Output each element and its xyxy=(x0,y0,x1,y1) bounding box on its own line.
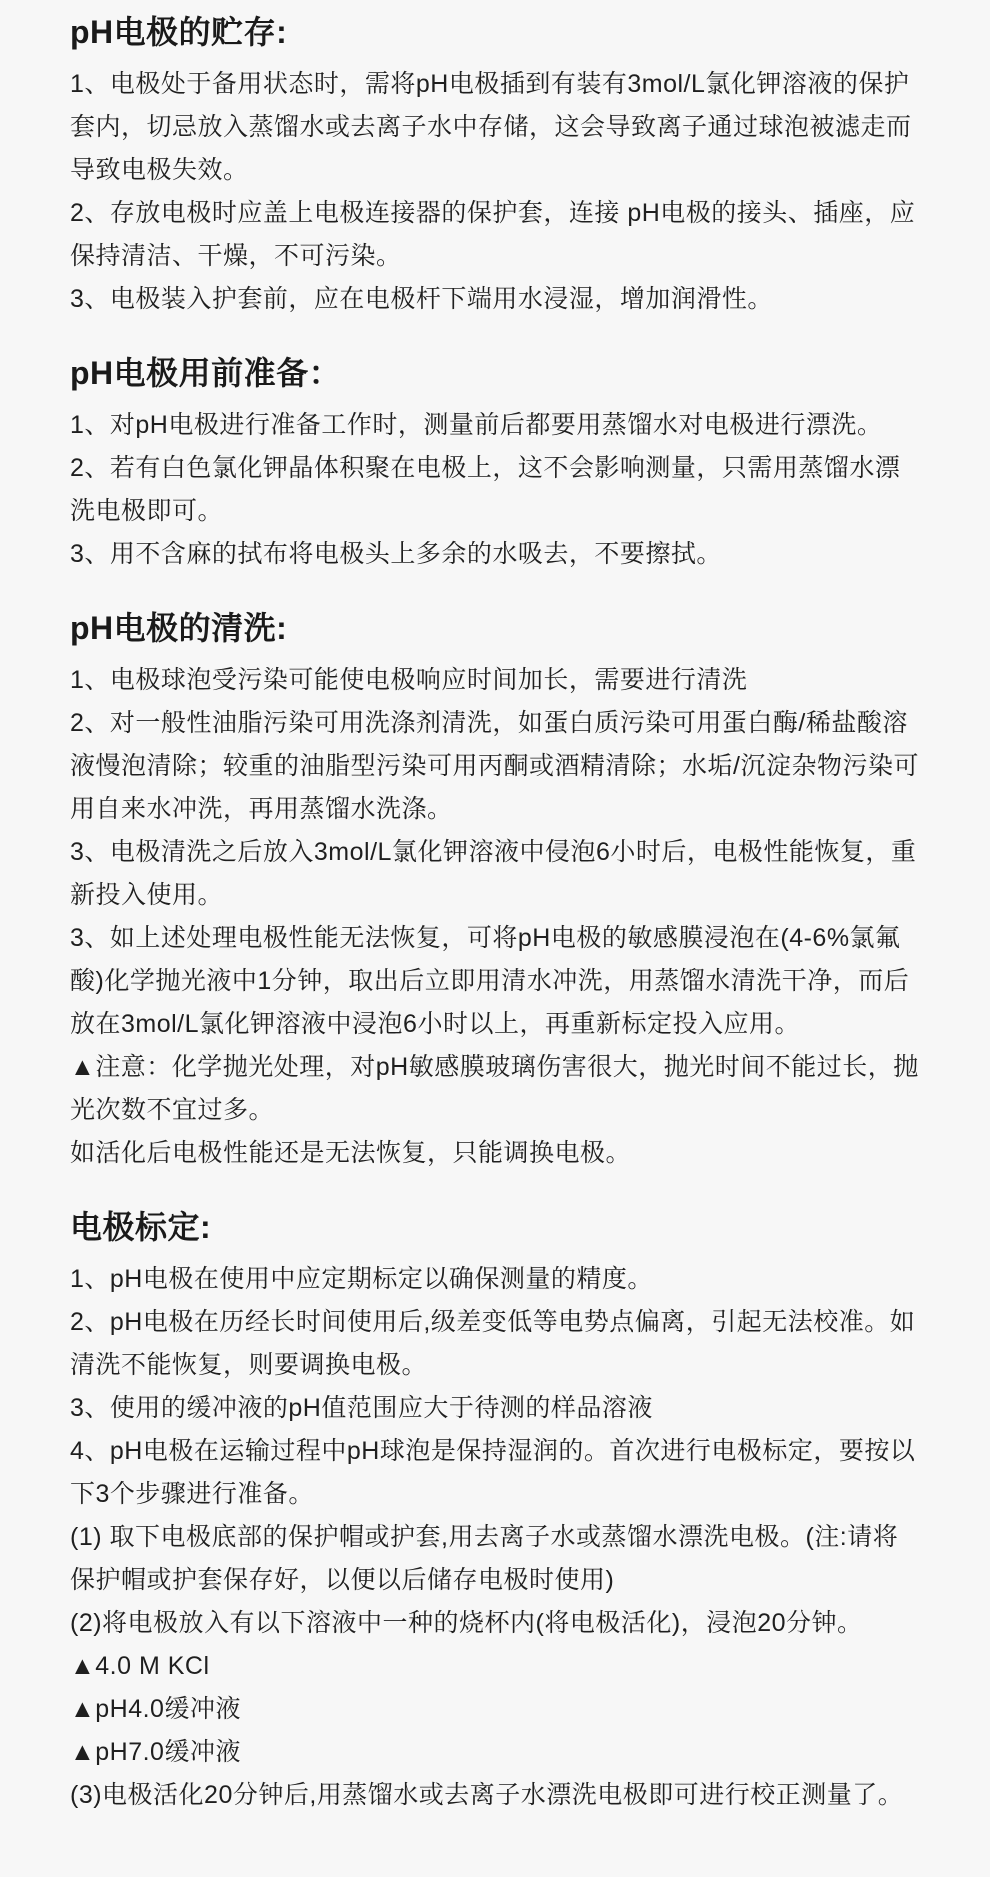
section-heading: 电极标定: xyxy=(70,1205,922,1249)
instruction-paragraph: ▲4.0 M KCl xyxy=(70,1645,922,1688)
instruction-paragraph: 1、对pH电极进行准备工作时，测量前后都要用蒸馏水对电极进行漂洗。 xyxy=(70,404,922,447)
instruction-paragraph: 2、存放电极时应盖上电极连接器的保护套，连接 pH电极的接头、插座，应保持清洁、… xyxy=(70,192,922,278)
instruction-section: pH电极的贮存: 1、电极处于备用状态时，需将pH电极插到有装有3mol/L氯化… xyxy=(70,10,922,321)
instruction-paragraph: 2、对一般性油脂污染可用洗涤剂清洗，如蛋白质污染可用蛋白酶/稀盐酸溶液慢泡清除；… xyxy=(70,702,922,831)
instruction-paragraph: 3、电极装入护套前，应在电极杆下端用水浸湿，增加润滑性。 xyxy=(70,278,922,321)
instruction-paragraph: 3、电极清洗之后放入3mol/L氯化钾溶液中侵泡6小时后，电极性能恢复，重新投入… xyxy=(70,831,922,917)
page: { "page": { "background_color": "#f7f7f7… xyxy=(0,0,990,1877)
section-heading: pH电极的贮存: xyxy=(70,10,922,54)
instruction-paragraph: 3、使用的缓冲液的pH值范围应大于待测的样品溶液 xyxy=(70,1387,922,1430)
instruction-paragraph: (3)电极活化20分钟后,用蒸馏水或去离子水漂洗电极即可进行校正测量了。 xyxy=(70,1774,922,1817)
instruction-paragraph: 如活化后电极性能还是无法恢复，只能调换电极。 xyxy=(70,1132,922,1175)
instruction-paragraph: ▲注意：化学抛光处理，对pH敏感膜玻璃伤害很大，抛光时间不能过长，抛光次数不宜过… xyxy=(70,1046,922,1132)
instruction-section: pH电极的清洗: 1、电极球泡受污染可能使电极响应时间加长，需要进行清洗 2、对… xyxy=(70,606,922,1175)
electrode-instructions-document: pH电极的贮存: 1、电极处于备用状态时，需将pH电极插到有装有3mol/L氯化… xyxy=(0,0,990,1877)
instruction-paragraph: (1) 取下电极底部的保护帽或护套,用去离子水或蒸馏水漂洗电极。(注:请将保护帽… xyxy=(70,1516,922,1602)
instruction-paragraph: ▲pH7.0缓冲液 xyxy=(70,1731,922,1774)
instruction-paragraph: 2、pH电极在历经长时间使用后,级差变低等电势点偏离，引起无法校准。如清洗不能恢… xyxy=(70,1301,922,1387)
section-heading: pH电极用前准备： xyxy=(70,351,922,395)
instruction-paragraph: 1、pH电极在使用中应定期标定以确保测量的精度。 xyxy=(70,1258,922,1301)
section-heading: pH电极的清洗: xyxy=(70,606,922,650)
instruction-paragraph: (2)将电极放入有以下溶液中一种的烧杯内(将电极活化)，浸泡20分钟。 xyxy=(70,1602,922,1645)
sections-container: pH电极的贮存: 1、电极处于备用状态时，需将pH电极插到有装有3mol/L氯化… xyxy=(70,10,922,1817)
instruction-paragraph: 3、如上述处理电极性能无法恢复，可将pH电极的敏感膜浸泡在(4-6%氯氟酸)化学… xyxy=(70,917,922,1046)
instruction-section: pH电极用前准备： 1、对pH电极进行准备工作时，测量前后都要用蒸馏水对电极进行… xyxy=(70,351,922,576)
instruction-paragraph: 3、用不含麻的拭布将电极头上多余的水吸去，不要擦拭。 xyxy=(70,533,922,576)
instruction-paragraph: ▲pH4.0缓冲液 xyxy=(70,1688,922,1731)
instruction-paragraph: 2、若有白色氯化钾晶体积聚在电极上，这不会影响测量，只需用蒸馏水漂洗电极即可。 xyxy=(70,447,922,533)
instruction-paragraph: 1、电极球泡受污染可能使电极响应时间加长，需要进行清洗 xyxy=(70,659,922,702)
instruction-section: 电极标定: 1、pH电极在使用中应定期标定以确保测量的精度。 2、pH电极在历经… xyxy=(70,1205,922,1817)
instruction-paragraph: 1、电极处于备用状态时，需将pH电极插到有装有3mol/L氯化钾溶液的保护套内，… xyxy=(70,63,922,192)
instruction-paragraph: 4、pH电极在运输过程中pH球泡是保持湿润的。首次进行电极标定，要按以下3个步骤… xyxy=(70,1430,922,1516)
